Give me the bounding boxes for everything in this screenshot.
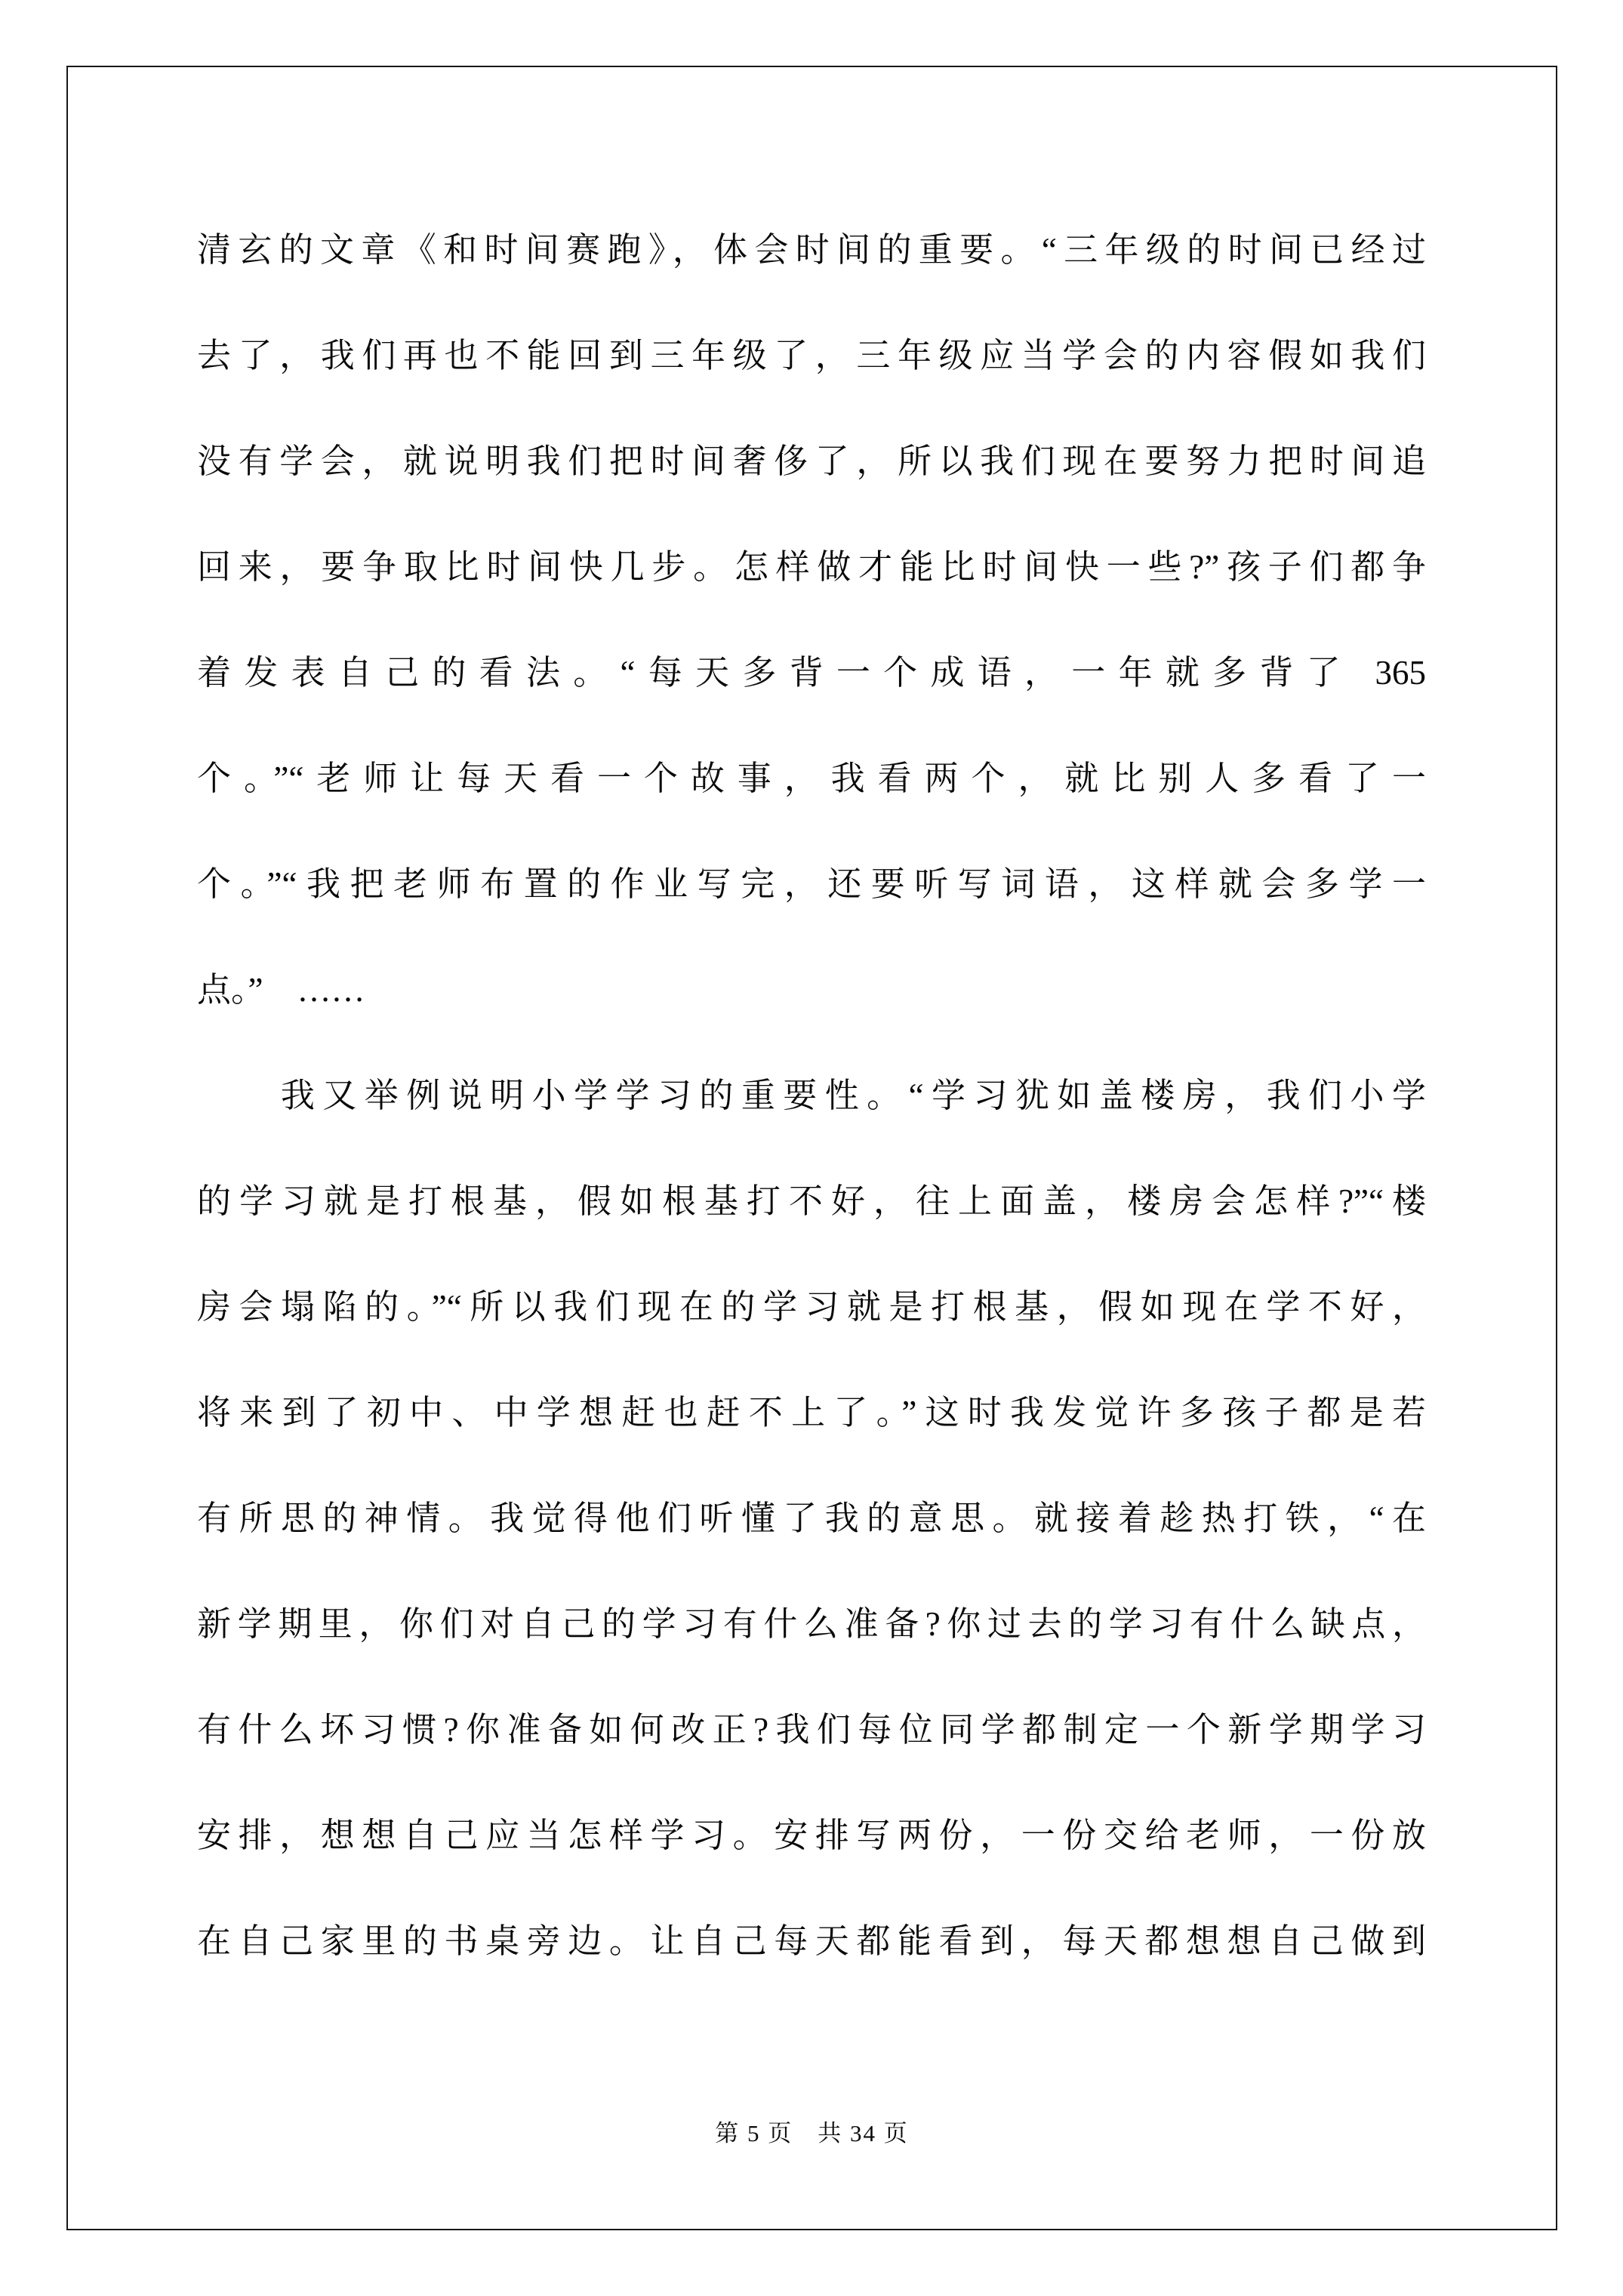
document-body: 清玄的文章《和时间赛跑》，体会时间的重要。“三年级的时间已经过 去了，我们再也不… [197, 197, 1426, 1994]
text-line: 在自己家里的书桌旁边。让自己每天都能看到，每天都想想自己做到 [197, 1888, 1426, 1994]
text-line: 安排，想想自己应当怎样学习。安排写两份，一份交给老师，一份放 [197, 1783, 1426, 1888]
text-line: 回来，要争取比时间快几步。怎样做才能比时间快一些?”孩子们都争 [197, 514, 1426, 620]
text-line: 我又举例说明小学学习的重要性。“学习犹如盖楼房，我们小学 [197, 1043, 1426, 1148]
text-line: 个。”“我把老师布置的作业写完，还要听写词语，这样就会多学一 [197, 831, 1426, 937]
text-line: 的学习就是打根基，假如根基打不好，往上面盖，楼房会怎样?”“楼 [197, 1148, 1426, 1254]
text-line: 清玄的文章《和时间赛跑》，体会时间的重要。“三年级的时间已经过 [197, 197, 1426, 303]
text-line: 房会塌陷的。”“所以我们现在的学习就是打根基，假如现在学不好， [197, 1254, 1426, 1360]
text-line: 着发表自己的看法。“每天多背一个成语，一年就多背了 365 [197, 620, 1426, 726]
text-line: 将来到了初中、中学想赶也赶不上了。”这时我发觉许多孩子都是若 [197, 1360, 1426, 1465]
text-line: 去了，我们再也不能回到三年级了，三年级应当学会的内容假如我们 [197, 303, 1426, 408]
text-line: 有什么坏习惯?你准备如何改正?我们每位同学都制定一个新学期学习 [197, 1677, 1426, 1783]
text-line: 新学期里，你们对自己的学习有什么准备?你过去的学习有什么缺点， [197, 1571, 1426, 1677]
page-number-footer: 第 5 页 共 34 页 [68, 2119, 1556, 2148]
text-line: 点。” …… [197, 937, 1426, 1043]
page-border-frame: 清玄的文章《和时间赛跑》，体会时间的重要。“三年级的时间已经过 去了，我们再也不… [66, 66, 1557, 2230]
text-line: 个。”“老师让每天看一个故事，我看两个，就比别人多看了一 [197, 726, 1426, 831]
text-line: 没有学会，就说明我们把时间奢侈了，所以我们现在要努力把时间追 [197, 408, 1426, 514]
text-line: 有所思的神情。我觉得他们听懂了我的意思。就接着趁热打铁，“在 [197, 1465, 1426, 1571]
